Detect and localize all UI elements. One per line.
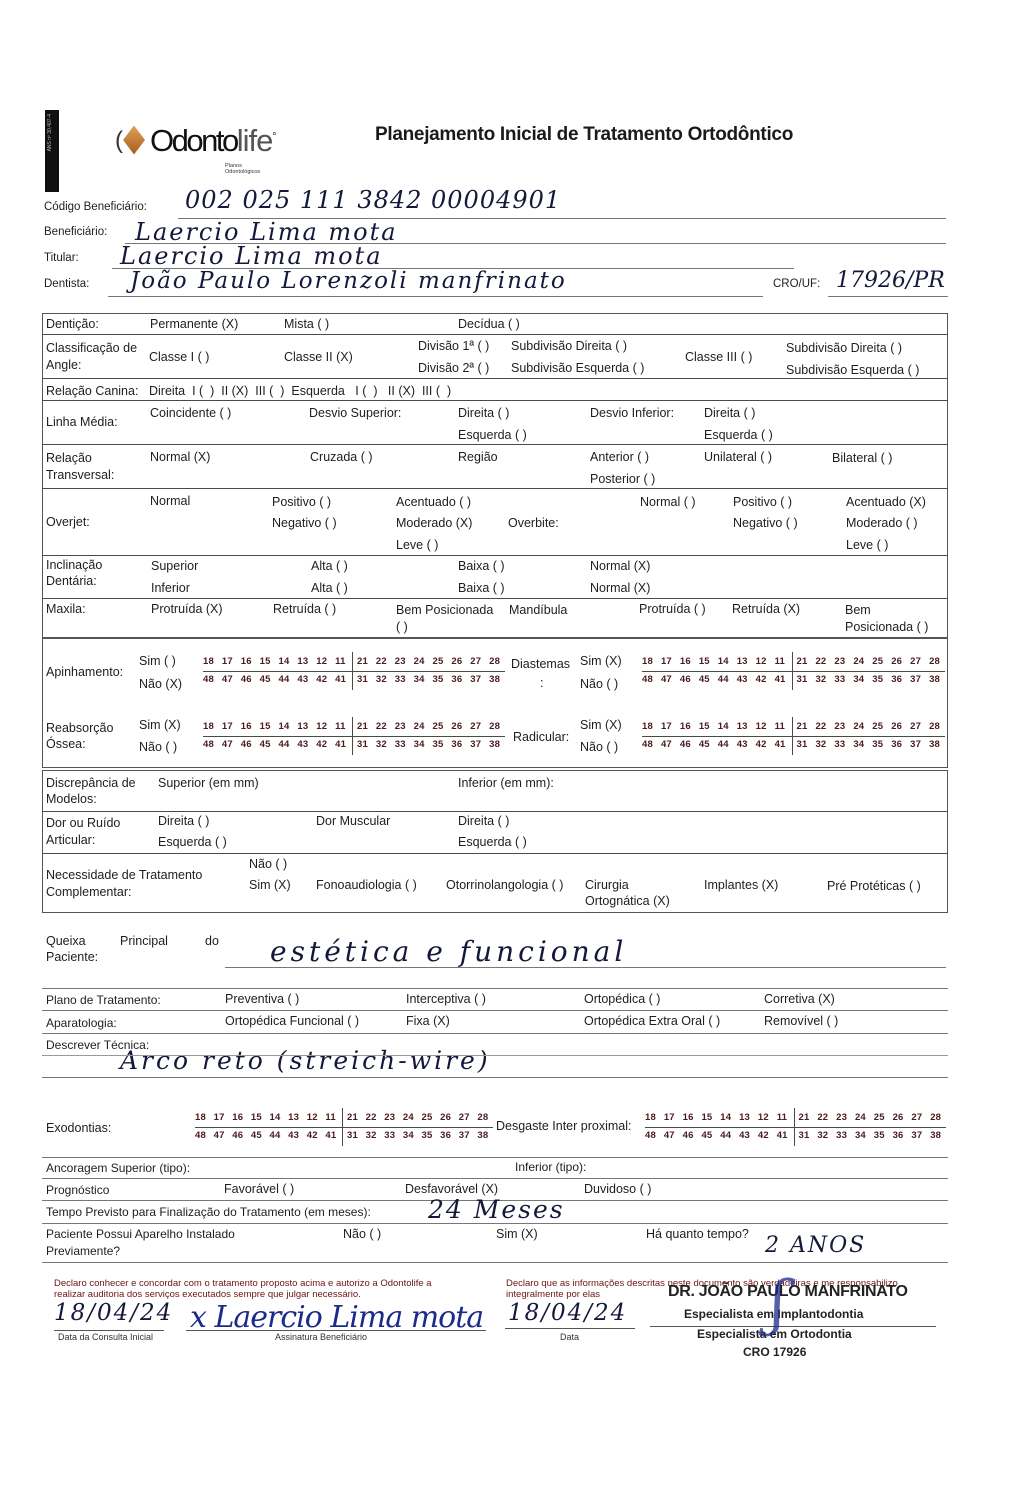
- tooth-24[interactable]: 24: [414, 656, 425, 667]
- linha-media-coincidente[interactable]: Coincidente ( ): [150, 406, 231, 420]
- tooth-12[interactable]: 12: [756, 721, 767, 732]
- tooth-36[interactable]: 36: [451, 739, 462, 750]
- tooth-18[interactable]: 18: [195, 1112, 206, 1123]
- tooth-23[interactable]: 23: [834, 721, 845, 732]
- maxila-protruida[interactable]: Protruída (X): [151, 602, 223, 616]
- data-consulta-value[interactable]: 18/04/24: [54, 1300, 173, 1326]
- tooth-26[interactable]: 26: [893, 1112, 904, 1123]
- transversal-bilateral[interactable]: Bilateral ( ): [832, 451, 892, 465]
- aparatologia-extra-oral[interactable]: Ortopédica Extra Oral ( ): [584, 1014, 720, 1028]
- canina-options[interactable]: Direita I ( ) II (X) III ( ) Esquerda I …: [149, 384, 451, 398]
- tooth-44[interactable]: 44: [279, 674, 290, 685]
- tooth-11[interactable]: 11: [335, 656, 345, 667]
- tooth-36[interactable]: 36: [891, 739, 902, 750]
- tooth-33[interactable]: 33: [395, 674, 406, 685]
- tooth-32[interactable]: 32: [815, 674, 826, 685]
- dentista-value[interactable]: João Paulo Lorenzoli manfrinato: [130, 268, 567, 294]
- mandibula-retruida[interactable]: Retruída (X): [732, 602, 800, 616]
- tooth-43[interactable]: 43: [737, 674, 748, 685]
- tooth-22[interactable]: 22: [815, 721, 826, 732]
- tooth-26[interactable]: 26: [440, 1112, 451, 1123]
- tooth-35[interactable]: 35: [433, 739, 444, 750]
- desgaste-tooth-chart[interactable]: 1817161514131211212223242526272848474645…: [645, 1112, 946, 1146]
- tooth-16[interactable]: 16: [241, 656, 252, 667]
- discrepancia-inferior[interactable]: Inferior (em mm):: [458, 776, 554, 790]
- tooth-13[interactable]: 13: [739, 1112, 750, 1123]
- angle-subdivisao-esquerda[interactable]: Subdivisão Esquerda ( ): [511, 361, 644, 375]
- inclinacao-inferior-alta[interactable]: Alta ( ): [311, 581, 348, 595]
- tooth-27[interactable]: 27: [459, 1112, 470, 1123]
- tooth-27[interactable]: 27: [911, 1112, 922, 1123]
- tooth-25[interactable]: 25: [872, 656, 883, 667]
- tooth-46[interactable]: 46: [241, 739, 252, 750]
- tooth-42[interactable]: 42: [756, 674, 767, 685]
- tempo-value[interactable]: 24 Meses: [428, 1195, 565, 1224]
- codigo-value[interactable]: 002 025 111 3842 00004901: [185, 186, 561, 214]
- tooth-43[interactable]: 43: [297, 674, 308, 685]
- complementar-cirurgia-ortognatica[interactable]: Ortognática (X): [585, 894, 670, 908]
- aparelho-sim[interactable]: Sim (X): [496, 1227, 538, 1241]
- tooth-44[interactable]: 44: [270, 1130, 281, 1141]
- queixa-value[interactable]: estética e funcional: [270, 935, 627, 968]
- overbite-acentuado[interactable]: Acentuado (X): [846, 495, 926, 509]
- diastemas-sim[interactable]: Sim (X): [580, 654, 622, 668]
- desvio-superior-esquerda[interactable]: Esquerda ( ): [458, 428, 527, 442]
- tooth-12[interactable]: 12: [316, 656, 327, 667]
- tooth-45[interactable]: 45: [260, 739, 271, 750]
- tooth-43[interactable]: 43: [737, 739, 748, 750]
- tooth-17[interactable]: 17: [214, 1112, 225, 1123]
- tooth-13[interactable]: 13: [737, 721, 748, 732]
- tooth-33[interactable]: 33: [395, 739, 406, 750]
- tooth-23[interactable]: 23: [395, 656, 406, 667]
- inclinacao-superior-alta[interactable]: Alta ( ): [311, 559, 348, 573]
- tooth-38[interactable]: 38: [929, 674, 940, 685]
- overjet-moderado[interactable]: Moderado (X): [396, 516, 472, 530]
- overbite-normal[interactable]: Normal ( ): [640, 495, 696, 509]
- tooth-16[interactable]: 16: [680, 656, 691, 667]
- tooth-14[interactable]: 14: [718, 721, 729, 732]
- ancoragem-superior-label[interactable]: Ancoragem Superior (tipo):: [46, 1161, 190, 1175]
- maxila-bem-posicionada-box[interactable]: ( ): [396, 620, 408, 634]
- tooth-11[interactable]: 11: [777, 1112, 787, 1123]
- ancoragem-inferior-label[interactable]: Inferior (tipo):: [515, 1160, 586, 1174]
- tooth-14[interactable]: 14: [279, 721, 290, 732]
- complementar-pre-proteticas[interactable]: Pré Protéticas ( ): [827, 879, 921, 893]
- exodontias-tooth-chart[interactable]: 1817161514131211212223242526272848474645…: [195, 1112, 493, 1146]
- aparatologia-removivel[interactable]: Removível ( ): [764, 1014, 838, 1028]
- aparatologia-fixa[interactable]: Fixa (X): [406, 1014, 450, 1028]
- tooth-31[interactable]: 31: [799, 1130, 810, 1141]
- tooth-15[interactable]: 15: [701, 1112, 712, 1123]
- mandibula-bem-posicionada[interactable]: Posicionada ( ): [845, 620, 928, 634]
- denticao-permanente[interactable]: Permanente (X): [150, 317, 238, 331]
- tooth-45[interactable]: 45: [701, 1130, 712, 1141]
- tooth-11[interactable]: 11: [325, 1112, 335, 1123]
- discrepancia-superior[interactable]: Superior (em mm): [158, 776, 259, 790]
- tooth-25[interactable]: 25: [874, 1112, 885, 1123]
- tecnica-value[interactable]: Arco reto (streich-wire): [120, 1046, 491, 1075]
- transversal-normal[interactable]: Normal (X): [150, 450, 210, 464]
- tooth-48[interactable]: 48: [203, 739, 214, 750]
- tooth-33[interactable]: 33: [384, 1130, 395, 1141]
- diastemas-nao[interactable]: Não ( ): [580, 677, 618, 691]
- tooth-25[interactable]: 25: [433, 656, 444, 667]
- tooth-26[interactable]: 26: [891, 721, 902, 732]
- tooth-15[interactable]: 15: [260, 656, 271, 667]
- tooth-37[interactable]: 37: [910, 674, 921, 685]
- tooth-42[interactable]: 42: [307, 1130, 318, 1141]
- tooth-33[interactable]: 33: [834, 674, 845, 685]
- tooth-11[interactable]: 11: [775, 656, 785, 667]
- tooth-21[interactable]: 21: [799, 1112, 810, 1123]
- tooth-27[interactable]: 27: [910, 656, 921, 667]
- tooth-11[interactable]: 11: [775, 721, 785, 732]
- apinhamento-tooth-chart[interactable]: 1817161514131211212223242526272848474645…: [203, 656, 505, 690]
- tooth-38[interactable]: 38: [929, 739, 940, 750]
- tooth-48[interactable]: 48: [203, 674, 214, 685]
- complementar-implantes[interactable]: Implantes (X): [704, 878, 778, 892]
- tooth-13[interactable]: 13: [297, 721, 308, 732]
- tooth-31[interactable]: 31: [357, 739, 368, 750]
- tooth-32[interactable]: 32: [815, 739, 826, 750]
- complementar-otorrinolaringologia[interactable]: Otorrinolangologia ( ): [446, 878, 563, 892]
- tooth-38[interactable]: 38: [489, 739, 500, 750]
- tooth-35[interactable]: 35: [874, 1130, 885, 1141]
- aparelho-nao[interactable]: Não ( ): [343, 1227, 381, 1241]
- angle-classe-3[interactable]: Classe III ( ): [685, 350, 752, 364]
- tooth-27[interactable]: 27: [910, 721, 921, 732]
- tooth-35[interactable]: 35: [422, 1130, 433, 1141]
- tooth-12[interactable]: 12: [756, 656, 767, 667]
- tooth-22[interactable]: 22: [815, 656, 826, 667]
- tooth-22[interactable]: 22: [366, 1112, 377, 1123]
- prognostico-favoravel[interactable]: Favorável ( ): [224, 1182, 294, 1196]
- tooth-28[interactable]: 28: [929, 721, 940, 732]
- tooth-21[interactable]: 21: [797, 656, 808, 667]
- prognostico-desfavoravel[interactable]: Desfavorável (X): [405, 1182, 498, 1196]
- tooth-43[interactable]: 43: [297, 739, 308, 750]
- tooth-41[interactable]: 41: [775, 674, 786, 685]
- tooth-23[interactable]: 23: [836, 1112, 847, 1123]
- tooth-33[interactable]: 33: [834, 739, 845, 750]
- inclinacao-inferior-normal[interactable]: Normal (X): [590, 581, 650, 595]
- tooth-17[interactable]: 17: [661, 656, 672, 667]
- tooth-47[interactable]: 47: [661, 739, 672, 750]
- plano-interceptiva[interactable]: Interceptiva ( ): [406, 992, 486, 1006]
- tooth-32[interactable]: 32: [817, 1130, 828, 1141]
- dor-articular-label: Dor ou Ruído: [46, 816, 120, 830]
- tooth-37[interactable]: 37: [470, 674, 481, 685]
- tooth-21[interactable]: 21: [357, 721, 368, 732]
- tooth-13[interactable]: 13: [288, 1112, 299, 1123]
- apinhamento-sim[interactable]: Sim ( ): [139, 654, 176, 668]
- tooth-37[interactable]: 37: [911, 1130, 922, 1141]
- tooth-17[interactable]: 17: [222, 721, 233, 732]
- dor-articular-esquerda[interactable]: Esquerda ( ): [158, 835, 227, 849]
- maxila-bem-posicionada[interactable]: Bem Posicionada: [396, 603, 493, 617]
- tooth-35[interactable]: 35: [433, 674, 444, 685]
- transversal-posterior[interactable]: Posterior ( ): [590, 472, 655, 486]
- radicular-sim[interactable]: Sim (X): [580, 718, 622, 732]
- tooth-18[interactable]: 18: [642, 656, 653, 667]
- tooth-34[interactable]: 34: [414, 674, 425, 685]
- overjet-positivo[interactable]: Positivo ( ): [272, 495, 331, 509]
- assinatura-dentista-signature[interactable]: ʃ: [770, 1268, 786, 1338]
- titular-label: Titular:: [44, 252, 79, 264]
- tooth-41[interactable]: 41: [775, 739, 786, 750]
- tooth-18[interactable]: 18: [203, 721, 214, 732]
- dor-muscular-direita[interactable]: Direita ( ): [458, 814, 509, 828]
- tooth-43[interactable]: 43: [739, 1130, 750, 1141]
- tooth-44[interactable]: 44: [718, 674, 729, 685]
- tooth-22[interactable]: 22: [817, 1112, 828, 1123]
- tooth-45[interactable]: 45: [260, 674, 271, 685]
- complementar-fonoaudiologia[interactable]: Fonoaudiologia ( ): [316, 878, 417, 892]
- tooth-41[interactable]: 41: [335, 739, 346, 750]
- dor-articular-direita[interactable]: Direita ( ): [158, 814, 209, 828]
- tooth-38[interactable]: 38: [930, 1130, 941, 1141]
- tooth-31[interactable]: 31: [347, 1130, 358, 1141]
- tooth-24[interactable]: 24: [853, 721, 864, 732]
- tooth-21[interactable]: 21: [357, 656, 368, 667]
- tooth-47[interactable]: 47: [661, 674, 672, 685]
- tooth-44[interactable]: 44: [720, 1130, 731, 1141]
- tooth-36[interactable]: 36: [891, 674, 902, 685]
- tooth-32[interactable]: 32: [366, 1130, 377, 1141]
- tooth-31[interactable]: 31: [357, 674, 368, 685]
- tooth-28[interactable]: 28: [489, 721, 500, 732]
- tooth-23[interactable]: 23: [384, 1112, 395, 1123]
- tooth-42[interactable]: 42: [758, 1130, 769, 1141]
- tooth-42[interactable]: 42: [756, 739, 767, 750]
- tooth-32[interactable]: 32: [376, 674, 387, 685]
- angle-divisao-2[interactable]: Divisão 2ª ( ): [418, 361, 489, 375]
- tooth-37[interactable]: 37: [910, 739, 921, 750]
- tooth-17[interactable]: 17: [222, 656, 233, 667]
- plano-ortopedica[interactable]: Ortopédica ( ): [584, 992, 660, 1006]
- tooth-11[interactable]: 11: [335, 721, 345, 732]
- tooth-47[interactable]: 47: [214, 1130, 225, 1141]
- overjet-negativo[interactable]: Negativo ( ): [272, 516, 337, 530]
- tooth-15[interactable]: 15: [260, 721, 271, 732]
- transversal-anterior[interactable]: Anterior ( ): [590, 450, 649, 464]
- tooth-48[interactable]: 48: [195, 1130, 206, 1141]
- tooth-36[interactable]: 36: [893, 1130, 904, 1141]
- inclinacao-superior-normal[interactable]: Normal (X): [590, 559, 650, 573]
- tooth-23[interactable]: 23: [834, 656, 845, 667]
- tooth-34[interactable]: 34: [853, 674, 864, 685]
- inclinacao-inferior-baixa[interactable]: Baixa ( ): [458, 581, 505, 595]
- angle-classe-1[interactable]: Classe I ( ): [149, 350, 209, 364]
- tooth-midline-divider: [792, 652, 793, 690]
- transversal-unilateral[interactable]: Unilateral ( ): [704, 450, 772, 464]
- tooth-42[interactable]: 42: [316, 739, 327, 750]
- tooth-26[interactable]: 26: [891, 656, 902, 667]
- overbite-moderado[interactable]: Moderado ( ): [846, 516, 918, 530]
- desvio-inferior-esquerda[interactable]: Esquerda ( ): [704, 428, 773, 442]
- tooth-48[interactable]: 48: [642, 739, 653, 750]
- tooth-21[interactable]: 21: [797, 721, 808, 732]
- titular-value[interactable]: Laercio Lima mota: [120, 242, 383, 270]
- tooth-24[interactable]: 24: [403, 1112, 414, 1123]
- tooth-45[interactable]: 45: [699, 674, 710, 685]
- apinhamento-nao[interactable]: Não (X): [139, 677, 182, 691]
- tooth-24[interactable]: 24: [853, 656, 864, 667]
- tooth-16[interactable]: 16: [683, 1112, 694, 1123]
- tooth-45[interactable]: 45: [699, 739, 710, 750]
- overjet-acentuado[interactable]: Acentuado ( ): [396, 495, 471, 509]
- plano-preventiva[interactable]: Preventiva ( ): [225, 992, 299, 1006]
- tooth-45[interactable]: 45: [251, 1130, 262, 1141]
- tooth-43[interactable]: 43: [288, 1130, 299, 1141]
- tooth-16[interactable]: 16: [232, 1112, 243, 1123]
- tooth-25[interactable]: 25: [422, 1112, 433, 1123]
- tooth-24[interactable]: 24: [414, 721, 425, 732]
- overbite-leve[interactable]: Leve ( ): [846, 538, 888, 552]
- tooth-47[interactable]: 47: [222, 674, 233, 685]
- denticao-mista[interactable]: Mista ( ): [284, 317, 329, 331]
- tooth-17[interactable]: 17: [661, 721, 672, 732]
- tooth-26[interactable]: 26: [451, 656, 462, 667]
- aparatologia-funcional[interactable]: Ortopédica Funcional ( ): [225, 1014, 359, 1028]
- tooth-37[interactable]: 37: [470, 739, 481, 750]
- tooth-15[interactable]: 15: [699, 721, 710, 732]
- tooth-46[interactable]: 46: [232, 1130, 243, 1141]
- tooth-13[interactable]: 13: [297, 656, 308, 667]
- tooth-46[interactable]: 46: [683, 1130, 694, 1141]
- tooth-28[interactable]: 28: [477, 1112, 488, 1123]
- tooth-27[interactable]: 27: [470, 721, 481, 732]
- tooth-31[interactable]: 31: [797, 674, 808, 685]
- tooth-28[interactable]: 28: [489, 656, 500, 667]
- overjet-normal[interactable]: Normal: [150, 494, 190, 508]
- tooth-16[interactable]: 16: [241, 721, 252, 732]
- tooth-12[interactable]: 12: [307, 1112, 318, 1123]
- tooth-21[interactable]: 21: [347, 1112, 358, 1123]
- reabsorcao-label: Reabsorção: [46, 721, 113, 735]
- tooth-31[interactable]: 31: [797, 739, 808, 750]
- tooth-44[interactable]: 44: [279, 739, 290, 750]
- desvio-inferior-direita[interactable]: Direita ( ): [704, 406, 755, 420]
- tooth-28[interactable]: 28: [930, 1112, 941, 1123]
- tooth-34[interactable]: 34: [853, 739, 864, 750]
- angle-subdivisao-direita[interactable]: Subdivisão Direita ( ): [511, 339, 627, 353]
- tooth-36[interactable]: 36: [440, 1130, 451, 1141]
- tooth-28[interactable]: 28: [929, 656, 940, 667]
- reabsorcao-sim[interactable]: Sim (X): [139, 718, 181, 732]
- radicular-nao[interactable]: Não ( ): [580, 740, 618, 754]
- tooth-38[interactable]: 38: [489, 674, 500, 685]
- tooth-18[interactable]: 18: [203, 656, 214, 667]
- overbite-negativo[interactable]: Negativo ( ): [733, 516, 798, 530]
- tooth-12[interactable]: 12: [316, 721, 327, 732]
- tooth-22[interactable]: 22: [376, 656, 387, 667]
- tooth-25[interactable]: 25: [433, 721, 444, 732]
- tooth-16[interactable]: 16: [680, 721, 691, 732]
- tooth-24[interactable]: 24: [855, 1112, 866, 1123]
- tooth-15[interactable]: 15: [699, 656, 710, 667]
- diastemas-tooth-chart[interactable]: 1817161514131211212223242526272848474645…: [642, 656, 945, 690]
- tooth-25[interactable]: 25: [872, 721, 883, 732]
- desvio-superior-direita[interactable]: Direita ( ): [458, 406, 509, 420]
- tooth-33[interactable]: 33: [836, 1130, 847, 1141]
- tooth-35[interactable]: 35: [872, 674, 883, 685]
- tooth-26[interactable]: 26: [451, 721, 462, 732]
- mandibula-bem-label: Bem: [845, 603, 871, 617]
- tooth-46[interactable]: 46: [241, 674, 252, 685]
- tooth-48[interactable]: 48: [642, 674, 653, 685]
- tooth-17[interactable]: 17: [664, 1112, 675, 1123]
- tooth-47[interactable]: 47: [222, 739, 233, 750]
- tooth-14[interactable]: 14: [718, 656, 729, 667]
- dor-muscular-esquerda[interactable]: Esquerda ( ): [458, 835, 527, 849]
- tooth-27[interactable]: 27: [470, 656, 481, 667]
- tooth-14[interactable]: 14: [720, 1112, 731, 1123]
- tooth-42[interactable]: 42: [316, 674, 327, 685]
- tooth-48[interactable]: 48: [645, 1130, 656, 1141]
- tooth-34[interactable]: 34: [414, 739, 425, 750]
- tooth-18[interactable]: 18: [645, 1112, 656, 1123]
- tooth-47[interactable]: 47: [664, 1130, 675, 1141]
- tooth-37[interactable]: 37: [459, 1130, 470, 1141]
- radicular-tooth-chart[interactable]: 1817161514131211212223242526272848474645…: [642, 721, 945, 755]
- tooth-41[interactable]: 41: [335, 674, 346, 685]
- plano-corretiva[interactable]: Corretiva (X): [764, 992, 835, 1006]
- maxila-retruida[interactable]: Retruída ( ): [273, 602, 336, 616]
- tooth-22[interactable]: 22: [376, 721, 387, 732]
- complementar-nao[interactable]: Não ( ): [249, 857, 287, 871]
- tooth-36[interactable]: 36: [451, 674, 462, 685]
- tooth-18[interactable]: 18: [642, 721, 653, 732]
- denticao-decidua[interactable]: Decídua ( ): [458, 317, 520, 331]
- tooth-38[interactable]: 38: [477, 1130, 488, 1141]
- angle-classe3-subdivisao-esquerda[interactable]: Subdivisão Esquerda ( ): [786, 363, 919, 377]
- prognostico-duvidoso[interactable]: Duvidoso ( ): [584, 1182, 651, 1196]
- tooth-46[interactable]: 46: [680, 674, 691, 685]
- reabsorcao-nao[interactable]: Não ( ): [139, 740, 177, 754]
- aparelho-tempo-value[interactable]: 2 ANOS: [765, 1233, 866, 1258]
- denticao-label: Dentição:: [46, 317, 99, 331]
- tooth-13[interactable]: 13: [737, 656, 748, 667]
- data-dentista-value[interactable]: 18/04/24: [508, 1300, 627, 1326]
- tooth-15[interactable]: 15: [251, 1112, 262, 1123]
- angle-classe-2[interactable]: Classe II (X): [284, 350, 353, 364]
- overjet-leve[interactable]: Leve ( ): [396, 538, 438, 552]
- tooth-23[interactable]: 23: [395, 721, 406, 732]
- tooth-14[interactable]: 14: [270, 1112, 281, 1123]
- transversal-cruzada[interactable]: Cruzada ( ): [310, 450, 373, 464]
- complementar-sim[interactable]: Sim (X): [249, 878, 291, 892]
- tooth-46[interactable]: 46: [680, 739, 691, 750]
- overbite-positivo[interactable]: Positivo ( ): [733, 495, 792, 509]
- tooth-41[interactable]: 41: [325, 1130, 336, 1141]
- angle-classe3-subdivisao-direita[interactable]: Subdivisão Direita ( ): [786, 341, 902, 355]
- tooth-12[interactable]: 12: [758, 1112, 769, 1123]
- tooth-14[interactable]: 14: [279, 656, 290, 667]
- reabsorcao-tooth-chart[interactable]: 1817161514131211212223242526272848474645…: [203, 721, 505, 755]
- cro-value[interactable]: 17926/PR: [836, 268, 945, 293]
- tooth-41[interactable]: 41: [777, 1130, 788, 1141]
- mandibula-protruida[interactable]: Protruída ( ): [639, 602, 706, 616]
- tooth-34[interactable]: 34: [855, 1130, 866, 1141]
- inclinacao-superior-baixa[interactable]: Baixa ( ): [458, 559, 505, 573]
- tooth-34[interactable]: 34: [403, 1130, 414, 1141]
- tooth-32[interactable]: 32: [376, 739, 387, 750]
- tooth-44[interactable]: 44: [718, 739, 729, 750]
- tooth-35[interactable]: 35: [872, 739, 883, 750]
- angle-divisao-1[interactable]: Divisão 1ª ( ): [418, 339, 489, 353]
